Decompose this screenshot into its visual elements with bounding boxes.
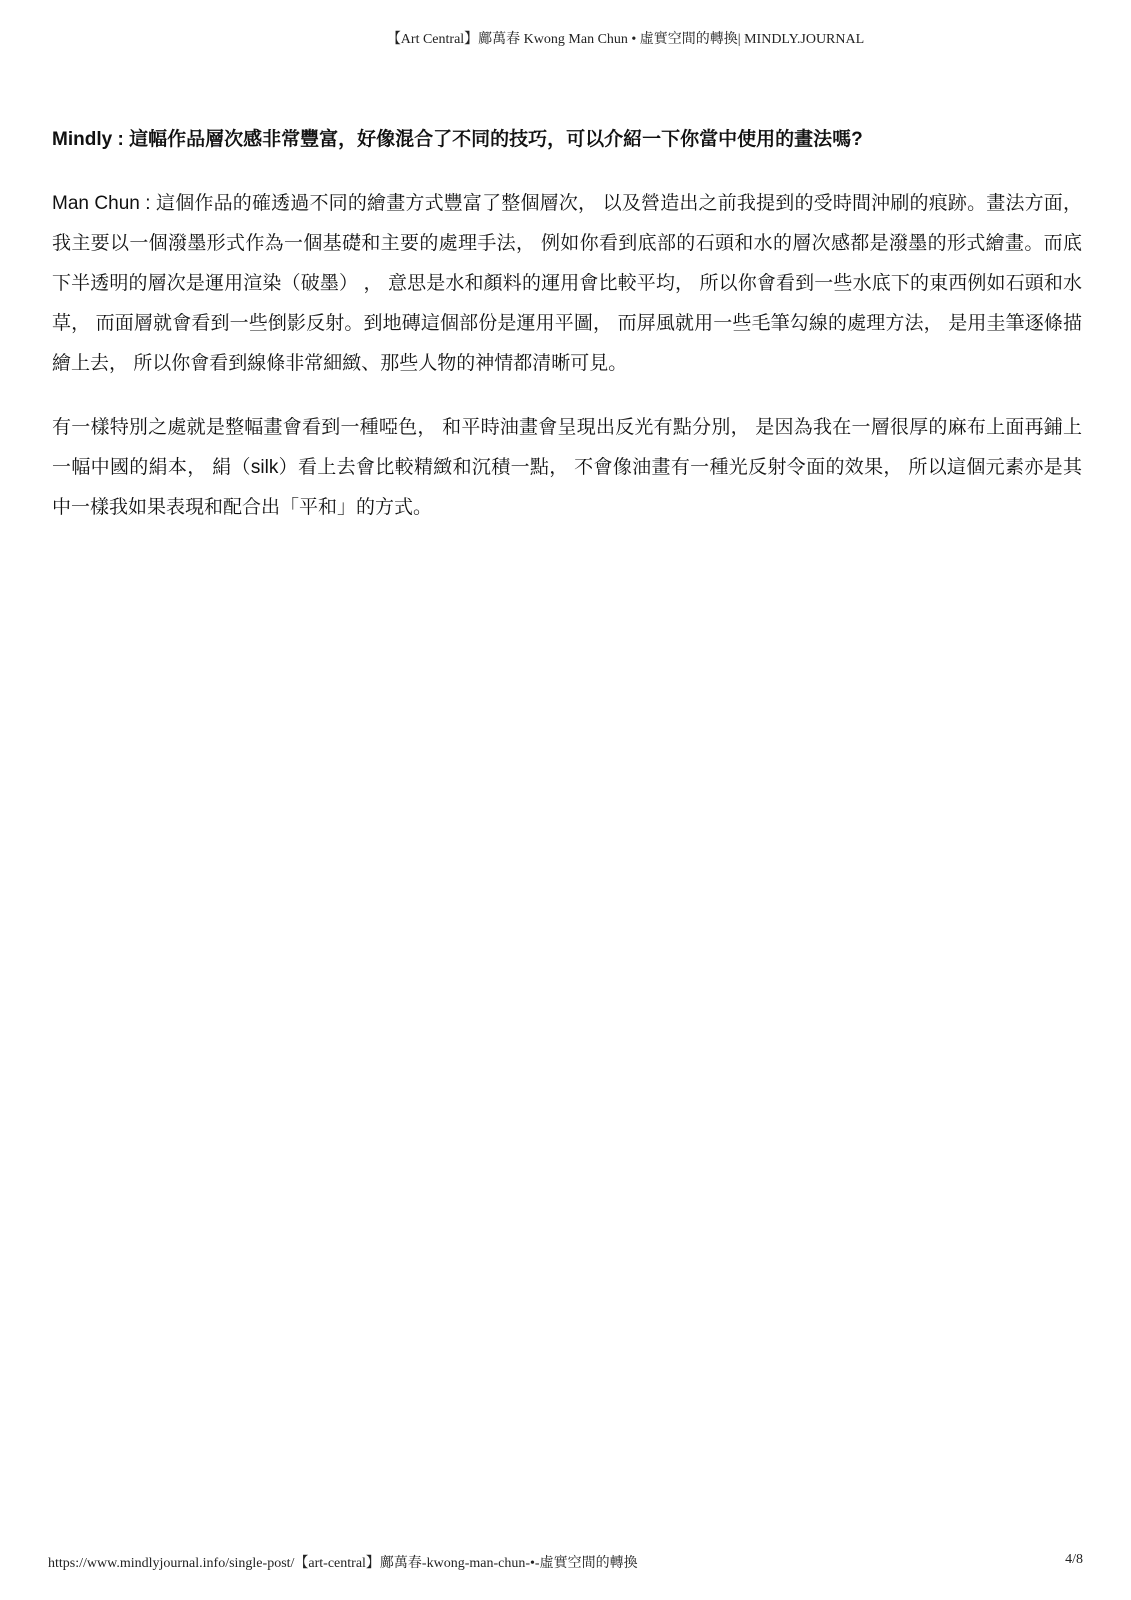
page-number: 4/8: [1065, 1552, 1083, 1572]
answer-speaker: Man Chun :: [52, 193, 156, 214]
answer-paragraph-2: 有一樣特別之處就是整幅畫會看到一種啞色， 和平時油畫會呈現出反光有點分別， 是因…: [52, 408, 1082, 528]
answer-text-1: 這個作品的確透過不同的繪畫方式豐富了整個層次， 以及營造出之前我提到的受時間沖刷…: [52, 193, 1082, 374]
article-content: Mindly : 這幅作品層次感非常豐富，好像混合了不同的技巧，可以介紹一下你當…: [52, 124, 1082, 552]
question-text: 這幅作品層次感非常豐富，好像混合了不同的技巧，可以介紹一下你當中使用的畫法嗎?: [129, 129, 863, 150]
interview-question: Mindly : 這幅作品層次感非常豐富，好像混合了不同的技巧，可以介紹一下你當…: [52, 124, 1082, 156]
question-speaker: Mindly :: [52, 129, 129, 150]
footer-url[interactable]: https://www.mindlyjournal.info/single-po…: [48, 1552, 638, 1572]
page-header: 【Art Central】鄺萬春 Kwong Man Chun • 虛實空間的轉…: [0, 28, 1131, 48]
answer-text-2: 有一樣特別之處就是整幅畫會看到一種啞色， 和平時油畫會呈現出反光有點分別， 是因…: [52, 417, 1082, 518]
answer-paragraph-1: Man Chun : 這個作品的確透過不同的繪畫方式豐富了整個層次， 以及營造出…: [52, 184, 1082, 384]
page-footer: https://www.mindlyjournal.info/single-po…: [48, 1552, 1083, 1572]
page-header-title: 【Art Central】鄺萬春 Kwong Man Chun • 虛實空間的轉…: [387, 32, 864, 47]
